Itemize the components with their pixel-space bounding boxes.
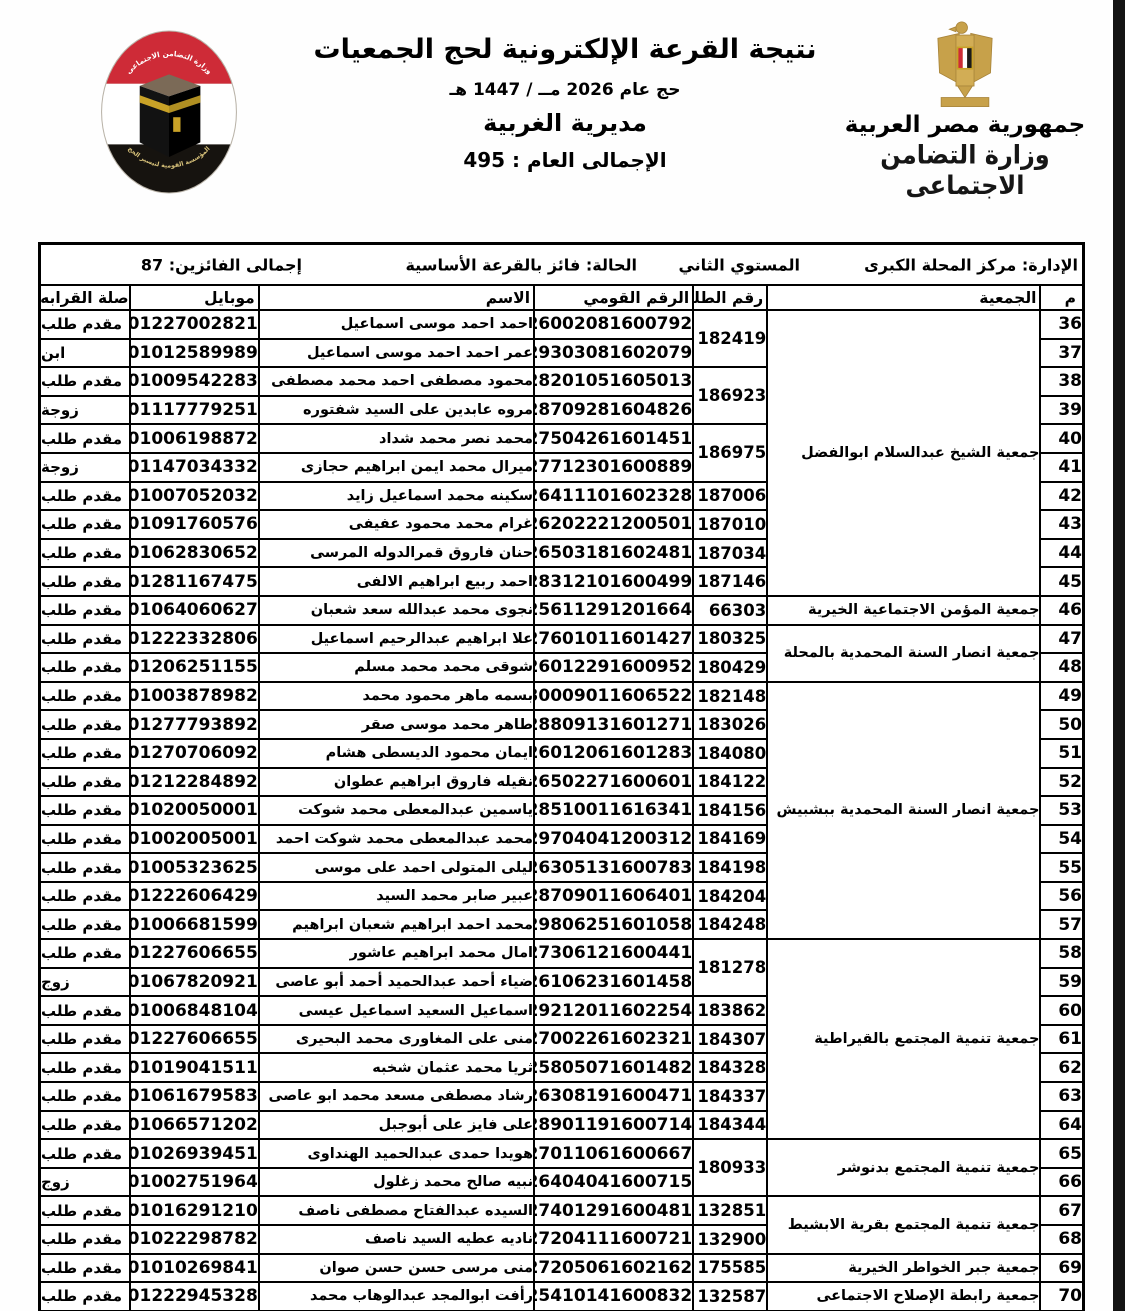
- request-number-cell: 180325: [693, 625, 767, 654]
- request-number-cell: 184198: [693, 853, 767, 882]
- mobile-cell: 01117779251: [130, 396, 259, 425]
- mobile-cell: 01222606429: [130, 882, 259, 911]
- hajj-foundation-logo: وزارة التضامن الاجتماعى المؤسسة القومية …: [100, 28, 238, 196]
- relation-cell: مقدم طلب: [40, 710, 130, 739]
- row-number-cell: 53: [1040, 796, 1083, 825]
- relation-cell: مقدم طلب: [40, 510, 130, 539]
- relation-cell: مقدم طلب: [40, 739, 130, 768]
- mobile-cell: 01227606655: [130, 939, 259, 968]
- ministry-logo-block: جمهورية مصر العربية وزارة التضامن الاجتم…: [835, 16, 1095, 198]
- table-row: 36جمعية الشيخ عبدالسلام ابوالفضل18241926…: [40, 310, 1084, 339]
- applicant-name-cell: علا ابراهيم عبدالرحيم اسماعيل: [259, 625, 534, 654]
- mobile-cell: 01091760576: [130, 510, 259, 539]
- applicant-name-cell: نقيله فاروق ابراهيم عطوان: [259, 768, 534, 797]
- request-number-cell: 66303: [693, 596, 767, 625]
- association-cell: جمعية جبر الخواطر الخيرية: [767, 1254, 1040, 1283]
- row-number-cell: 69: [1040, 1254, 1083, 1283]
- association-cell: جمعية تنمية المجتمع بقرية الابشيط: [767, 1196, 1040, 1253]
- col-header-request-no: رقم الطلب: [693, 285, 767, 310]
- request-number-cell: 184248: [693, 910, 767, 939]
- republic-name: جمهورية مصر العربية: [835, 112, 1095, 138]
- mobile-cell: 01062830652: [130, 539, 259, 568]
- applicant-name-cell: نجوى محمد عبدالله سعد شعبان: [259, 596, 534, 625]
- row-number-cell: 58: [1040, 939, 1083, 968]
- mobile-cell: 01227002821: [130, 310, 259, 339]
- row-number-cell: 55: [1040, 853, 1083, 882]
- relation-cell: مقدم طلب: [40, 482, 130, 511]
- col-header-num: م: [1040, 285, 1083, 310]
- relation-cell: مقدم طلب: [40, 1082, 130, 1111]
- results-table: الإدارة: مركز المحلة الكبرى المستوي الثا…: [38, 242, 1085, 1311]
- mobile-cell: 01016291210: [130, 1196, 259, 1225]
- applicant-name-cell: طاهر محمد موسى صقر: [259, 710, 534, 739]
- column-header-row: م الجمعية رقم الطلب الرقم القومي الاسم م…: [40, 285, 1084, 310]
- row-number-cell: 64: [1040, 1111, 1083, 1140]
- row-number-cell: 40: [1040, 424, 1083, 453]
- relation-cell: مقدم طلب: [40, 1282, 130, 1311]
- national-id-cell: 27401291600481: [534, 1196, 693, 1225]
- applicant-name-cell: ناديه عطيه السيد ناصف: [259, 1225, 534, 1254]
- mobile-cell: 01026939451: [130, 1139, 259, 1168]
- applicant-name-cell: محمد نصر محمد شداد: [259, 424, 534, 453]
- national-id-cell: 26002081600792: [534, 310, 693, 339]
- request-number-cell: 182419: [693, 310, 767, 367]
- association-cell: جمعية الشيخ عبدالسلام ابوالفضل: [767, 310, 1040, 596]
- association-cell: جمعية رابطة الإصلاح الاجتماعى: [767, 1282, 1040, 1311]
- national-id-cell: 26308191600471: [534, 1082, 693, 1111]
- request-number-cell: 184156: [693, 796, 767, 825]
- hajj-year-line: حج عام 2026 مــ / 1447 هـ: [290, 80, 840, 100]
- national-id-cell: 26404041600715: [534, 1168, 693, 1197]
- col-header-association: الجمعية: [767, 285, 1040, 310]
- directorate-line: مديرية الغربية: [290, 109, 840, 137]
- row-number-cell: 65: [1040, 1139, 1083, 1168]
- row-number-cell: 68: [1040, 1225, 1083, 1254]
- national-id-cell: 26503181602481: [534, 539, 693, 568]
- national-id-cell: 27011061600667: [534, 1139, 693, 1168]
- document-title-block: نتيجة القرعة الإلكترونية لحج الجمعيات حج…: [290, 34, 840, 172]
- row-number-cell: 59: [1040, 968, 1083, 997]
- request-number-cell: 184204: [693, 882, 767, 911]
- row-number-cell: 41: [1040, 453, 1083, 482]
- request-number-cell: 186923: [693, 367, 767, 424]
- mobile-cell: 01007052032: [130, 482, 259, 511]
- row-number-cell: 56: [1040, 882, 1083, 911]
- national-id-cell: 29806251601058: [534, 910, 693, 939]
- relation-cell: مقدم طلب: [40, 796, 130, 825]
- row-number-cell: 38: [1040, 367, 1083, 396]
- national-id-cell: 29212011602254: [534, 996, 693, 1025]
- applicant-name-cell: مروه عابدين على السيد شفتوره: [259, 396, 534, 425]
- relation-cell: مقدم طلب: [40, 1254, 130, 1283]
- applicant-name-cell: ميرال محمد ايمن ابراهيم حجازى: [259, 453, 534, 482]
- relation-cell: مقدم طلب: [40, 1111, 130, 1140]
- association-cell: جمعية انصار السنة المحمدية بالمحلة: [767, 625, 1040, 682]
- row-number-cell: 46: [1040, 596, 1083, 625]
- relation-cell: مقدم طلب: [40, 1225, 130, 1254]
- table-row: 58جمعية تنمية المجتمع بالقيراطية18127827…: [40, 939, 1084, 968]
- national-id-cell: 25410141600832: [534, 1282, 693, 1311]
- row-number-cell: 66: [1040, 1168, 1083, 1197]
- request-number-cell: 187034: [693, 539, 767, 568]
- row-number-cell: 48: [1040, 653, 1083, 682]
- relation-cell: زوج: [40, 968, 130, 997]
- relation-cell: زوج: [40, 1168, 130, 1197]
- relation-cell: مقدم طلب: [40, 682, 130, 711]
- applicant-name-cell: نبيه صالح محمد زغلول: [259, 1168, 534, 1197]
- request-number-cell: 184122: [693, 768, 767, 797]
- table-row: 47جمعية انصار السنة المحمدية بالمحلة1803…: [40, 625, 1084, 654]
- relation-cell: زوجة: [40, 453, 130, 482]
- applicant-name-cell: محمد احمد ابراهيم شعبان ابراهيم: [259, 910, 534, 939]
- relation-cell: ابن: [40, 339, 130, 368]
- info-bar-row: الإدارة: مركز المحلة الكبرى المستوي الثا…: [40, 244, 1084, 286]
- request-number-cell: 175585: [693, 1254, 767, 1283]
- table-row: 70جمعية رابطة الإصلاح الاجتماعى132587254…: [40, 1282, 1084, 1311]
- applicant-name-cell: احمد ربيع ابراهيم الالفى: [259, 567, 534, 596]
- relation-cell: مقدم طلب: [40, 367, 130, 396]
- relation-cell: مقدم طلب: [40, 625, 130, 654]
- applicant-name-cell: محمد عبدالمعطى محمد شوكت احمد: [259, 825, 534, 854]
- relation-cell: مقدم طلب: [40, 596, 130, 625]
- row-number-cell: 50: [1040, 710, 1083, 739]
- ministry-name: وزارة التضامن الاجتماعى: [835, 140, 1095, 200]
- applicant-name-cell: امال محمد ابراهيم عاشور: [259, 939, 534, 968]
- request-number-cell: 187006: [693, 482, 767, 511]
- row-number-cell: 51: [1040, 739, 1083, 768]
- row-number-cell: 49: [1040, 682, 1083, 711]
- row-number-cell: 57: [1040, 910, 1083, 939]
- relation-cell: مقدم طلب: [40, 939, 130, 968]
- row-number-cell: 45: [1040, 567, 1083, 596]
- national-id-cell: 25611291201664: [534, 596, 693, 625]
- relation-cell: مقدم طلب: [40, 853, 130, 882]
- request-number-cell: 132851: [693, 1196, 767, 1225]
- request-number-cell: 187146: [693, 567, 767, 596]
- request-number-cell: 184169: [693, 825, 767, 854]
- col-header-relation: صلة القرابه: [40, 285, 130, 310]
- row-number-cell: 62: [1040, 1053, 1083, 1082]
- national-id-cell: 28901191600714: [534, 1111, 693, 1140]
- mobile-cell: 01281167475: [130, 567, 259, 596]
- association-cell: جمعية المؤمن الاجتماعية الخيرية: [767, 596, 1040, 625]
- national-id-cell: 29303081602079: [534, 339, 693, 368]
- relation-cell: مقدم طلب: [40, 882, 130, 911]
- request-number-cell: 186975: [693, 424, 767, 481]
- applicant-name-cell: عبير صابر محمد السيد: [259, 882, 534, 911]
- mobile-cell: 01003878982: [130, 682, 259, 711]
- mobile-cell: 01012589989: [130, 339, 259, 368]
- relation-cell: مقدم طلب: [40, 424, 130, 453]
- relation-cell: مقدم طلب: [40, 567, 130, 596]
- association-cell: جمعية انصار السنة المحمدية ببشبيش: [767, 682, 1040, 939]
- mobile-cell: 01009542283: [130, 367, 259, 396]
- mobile-cell: 01002751964: [130, 1168, 259, 1197]
- national-id-cell: 30009011606522: [534, 682, 693, 711]
- applicant-name-cell: منى مرسى حسن حسن صوان: [259, 1254, 534, 1283]
- applicant-name-cell: هويدا حمدى عبدالحميد الهنداوى: [259, 1139, 534, 1168]
- relation-cell: مقدم طلب: [40, 996, 130, 1025]
- mobile-cell: 01006848104: [130, 996, 259, 1025]
- row-number-cell: 43: [1040, 510, 1083, 539]
- national-id-cell: 25805071601482: [534, 1053, 693, 1082]
- status-label: الحالة: فائز بالقرعة الأساسية: [405, 255, 637, 274]
- applicant-name-cell: ياسمين عبدالمعطى محمد شوكت: [259, 796, 534, 825]
- applicant-name-cell: منى على المغاورى محمد البحيرى: [259, 1025, 534, 1054]
- mobile-cell: 01222945328: [130, 1282, 259, 1311]
- results-table-body: 36جمعية الشيخ عبدالسلام ابوالفضل18241926…: [40, 310, 1084, 1311]
- row-number-cell: 47: [1040, 625, 1083, 654]
- association-cell: جمعية تنمية المجتمع بدنوشر: [767, 1139, 1040, 1196]
- national-id-cell: 29704041200312: [534, 825, 693, 854]
- mobile-cell: 01019041511: [130, 1053, 259, 1082]
- row-number-cell: 70: [1040, 1282, 1083, 1311]
- kaaba-oval-emblem: وزارة التضامن الاجتماعى المؤسسة القومية …: [100, 28, 238, 196]
- mobile-cell: 01206251155: [130, 653, 259, 682]
- mobile-cell: 01212284892: [130, 768, 259, 797]
- mobile-cell: 01061679583: [130, 1082, 259, 1111]
- national-id-cell: 28201051605013: [534, 367, 693, 396]
- relation-cell: مقدم طلب: [40, 539, 130, 568]
- relation-cell: مقدم طلب: [40, 310, 130, 339]
- national-id-cell: 28709281604826: [534, 396, 693, 425]
- row-number-cell: 44: [1040, 539, 1083, 568]
- request-number-cell: 183862: [693, 996, 767, 1025]
- relation-cell: مقدم طلب: [40, 910, 130, 939]
- relation-cell: مقدم طلب: [40, 1139, 130, 1168]
- national-id-cell: 26106231601458: [534, 968, 693, 997]
- applicant-name-cell: اسماعيل السعيد اسماعيل عيسى: [259, 996, 534, 1025]
- national-id-cell: 27204111600721: [534, 1225, 693, 1254]
- national-id-cell: 26202221200501: [534, 510, 693, 539]
- mobile-cell: 01067820921: [130, 968, 259, 997]
- relation-cell: مقدم طلب: [40, 653, 130, 682]
- applicant-name-cell: احمد احمد موسى اسماعيل: [259, 310, 534, 339]
- national-id-cell: 26305131600783: [534, 853, 693, 882]
- mobile-cell: 01022298782: [130, 1225, 259, 1254]
- applicant-name-cell: بسمه ماهر محمود محمد: [259, 682, 534, 711]
- administration-label: الإدارة: مركز المحلة الكبرى: [864, 255, 1078, 274]
- col-header-national-id: الرقم القومي: [534, 285, 693, 310]
- request-number-cell: 180933: [693, 1139, 767, 1196]
- request-number-cell: 132900: [693, 1225, 767, 1254]
- mobile-cell: 01066571202: [130, 1111, 259, 1140]
- applicant-name-cell: محمود مصطفى احمد محمد مصطفى: [259, 367, 534, 396]
- info-bar: الإدارة: مركز المحلة الكبرى المستوي الثا…: [40, 244, 1084, 286]
- row-number-cell: 39: [1040, 396, 1083, 425]
- national-id-cell: 27504261601451: [534, 424, 693, 453]
- table-row: 46جمعية المؤمن الاجتماعية الخيرية6630325…: [40, 596, 1084, 625]
- kaaba-icon: [140, 74, 201, 157]
- mobile-cell: 01006681599: [130, 910, 259, 939]
- flag-shield-icon: [957, 47, 973, 70]
- mobile-cell: 01002005001: [130, 825, 259, 854]
- row-number-cell: 37: [1040, 339, 1083, 368]
- table-row: 49جمعية انصار السنة المحمدية ببشبيش18214…: [40, 682, 1084, 711]
- request-number-cell: 183026: [693, 710, 767, 739]
- table-row: 67جمعية تنمية المجتمع بقرية الابشيط13285…: [40, 1196, 1084, 1225]
- request-number-cell: 184344: [693, 1111, 767, 1140]
- relation-cell: مقدم طلب: [40, 1025, 130, 1054]
- table-row: 65جمعية تنمية المجتمع بدنوشر180933270110…: [40, 1139, 1084, 1168]
- national-id-cell: 27306121600441: [534, 939, 693, 968]
- relation-cell: مقدم طلب: [40, 768, 130, 797]
- national-id-cell: 27601011601427: [534, 625, 693, 654]
- request-number-cell: 132587: [693, 1282, 767, 1311]
- applicant-name-cell: ليلى المتولى احمد على موسى: [259, 853, 534, 882]
- national-id-cell: 26012291600952: [534, 653, 693, 682]
- applicant-name-cell: غرام محمد محمود عفيفى: [259, 510, 534, 539]
- request-number-cell: 181278: [693, 939, 767, 996]
- row-number-cell: 52: [1040, 768, 1083, 797]
- association-cell: جمعية تنمية المجتمع بالقيراطية: [767, 939, 1040, 1139]
- mobile-cell: 01020050001: [130, 796, 259, 825]
- applicant-name-cell: حنان فاروق قمرالدوله المرسى: [259, 539, 534, 568]
- national-id-cell: 26012061601283: [534, 739, 693, 768]
- col-header-mobile: موبايل: [130, 285, 259, 310]
- mobile-cell: 01222332806: [130, 625, 259, 654]
- row-number-cell: 42: [1040, 482, 1083, 511]
- applicant-name-cell: ضياء أحمد عبدالحميد أحمد أبو عاصى: [259, 968, 534, 997]
- request-number-cell: 184080: [693, 739, 767, 768]
- applicant-name-cell: سكينه محمد اسماعيل زايد: [259, 482, 534, 511]
- relation-cell: زوجة: [40, 396, 130, 425]
- row-number-cell: 60: [1040, 996, 1083, 1025]
- col-header-name: الاسم: [259, 285, 534, 310]
- national-id-cell: 26502271600601: [534, 768, 693, 797]
- scan-edge-artifact: [1113, 0, 1125, 1311]
- applicant-name-cell: على فايز على أبوجبل: [259, 1111, 534, 1140]
- row-number-cell: 61: [1040, 1025, 1083, 1054]
- row-number-cell: 54: [1040, 825, 1083, 854]
- mobile-cell: 01147034332: [130, 453, 259, 482]
- document-title: نتيجة القرعة الإلكترونية لحج الجمعيات: [290, 34, 840, 65]
- applicant-name-cell: ثريا محمد عثمان شخبه: [259, 1053, 534, 1082]
- row-number-cell: 67: [1040, 1196, 1083, 1225]
- applicant-name-cell: شوقى محمد محمد مسلم: [259, 653, 534, 682]
- table-row: 69جمعية جبر الخواطر الخيرية1755852720506…: [40, 1254, 1084, 1283]
- request-number-cell: 184337: [693, 1082, 767, 1111]
- request-number-cell: 180429: [693, 653, 767, 682]
- relation-cell: مقدم طلب: [40, 1053, 130, 1082]
- applicant-name-cell: ايمان محمود الديسطى هشام: [259, 739, 534, 768]
- applicant-name-cell: رأفت ابوالمجد عبدالوهاب محمد: [259, 1282, 534, 1311]
- national-id-cell: 28809131601271: [534, 710, 693, 739]
- mobile-cell: 01064060627: [130, 596, 259, 625]
- national-id-cell: 27712301600889: [534, 453, 693, 482]
- egypt-eagle-emblem: [928, 16, 1002, 110]
- national-id-cell: 27205061602162: [534, 1254, 693, 1283]
- national-id-cell: 26411101602328: [534, 482, 693, 511]
- applicant-name-cell: رشاد مصطفى مسعد محمد ابو عاصى: [259, 1082, 534, 1111]
- row-number-cell: 36: [1040, 310, 1083, 339]
- applicant-name-cell: عمر احمد احمد موسى اسماعيل: [259, 339, 534, 368]
- level-label: المستوي الثاني: [678, 255, 800, 274]
- relation-cell: مقدم طلب: [40, 1196, 130, 1225]
- national-id-cell: 28709011606401: [534, 882, 693, 911]
- mobile-cell: 01006198872: [130, 424, 259, 453]
- row-number-cell: 63: [1040, 1082, 1083, 1111]
- national-id-cell: 28312101600499: [534, 567, 693, 596]
- grand-total-line: الإجمالى العام : 495: [290, 148, 840, 172]
- mobile-cell: 01227606655: [130, 1025, 259, 1054]
- applicant-name-cell: السيده عبدالفتاح مصطفى ناصف: [259, 1196, 534, 1225]
- mobile-cell: 01005323625: [130, 853, 259, 882]
- national-id-cell: 27002261602321: [534, 1025, 693, 1054]
- relation-cell: مقدم طلب: [40, 825, 130, 854]
- mobile-cell: 01270706092: [130, 739, 259, 768]
- national-id-cell: 28510011616341: [534, 796, 693, 825]
- request-number-cell: 187010: [693, 510, 767, 539]
- mobile-cell: 01277793892: [130, 710, 259, 739]
- request-number-cell: 184328: [693, 1053, 767, 1082]
- winners-total-label: إجمالى الفائزين: 87: [141, 255, 302, 274]
- request-number-cell: 182148: [693, 682, 767, 711]
- document-page: وزارة التضامن الاجتماعى المؤسسة القومية …: [0, 0, 1125, 1311]
- request-number-cell: 184307: [693, 1025, 767, 1054]
- mobile-cell: 01010269841: [130, 1254, 259, 1283]
